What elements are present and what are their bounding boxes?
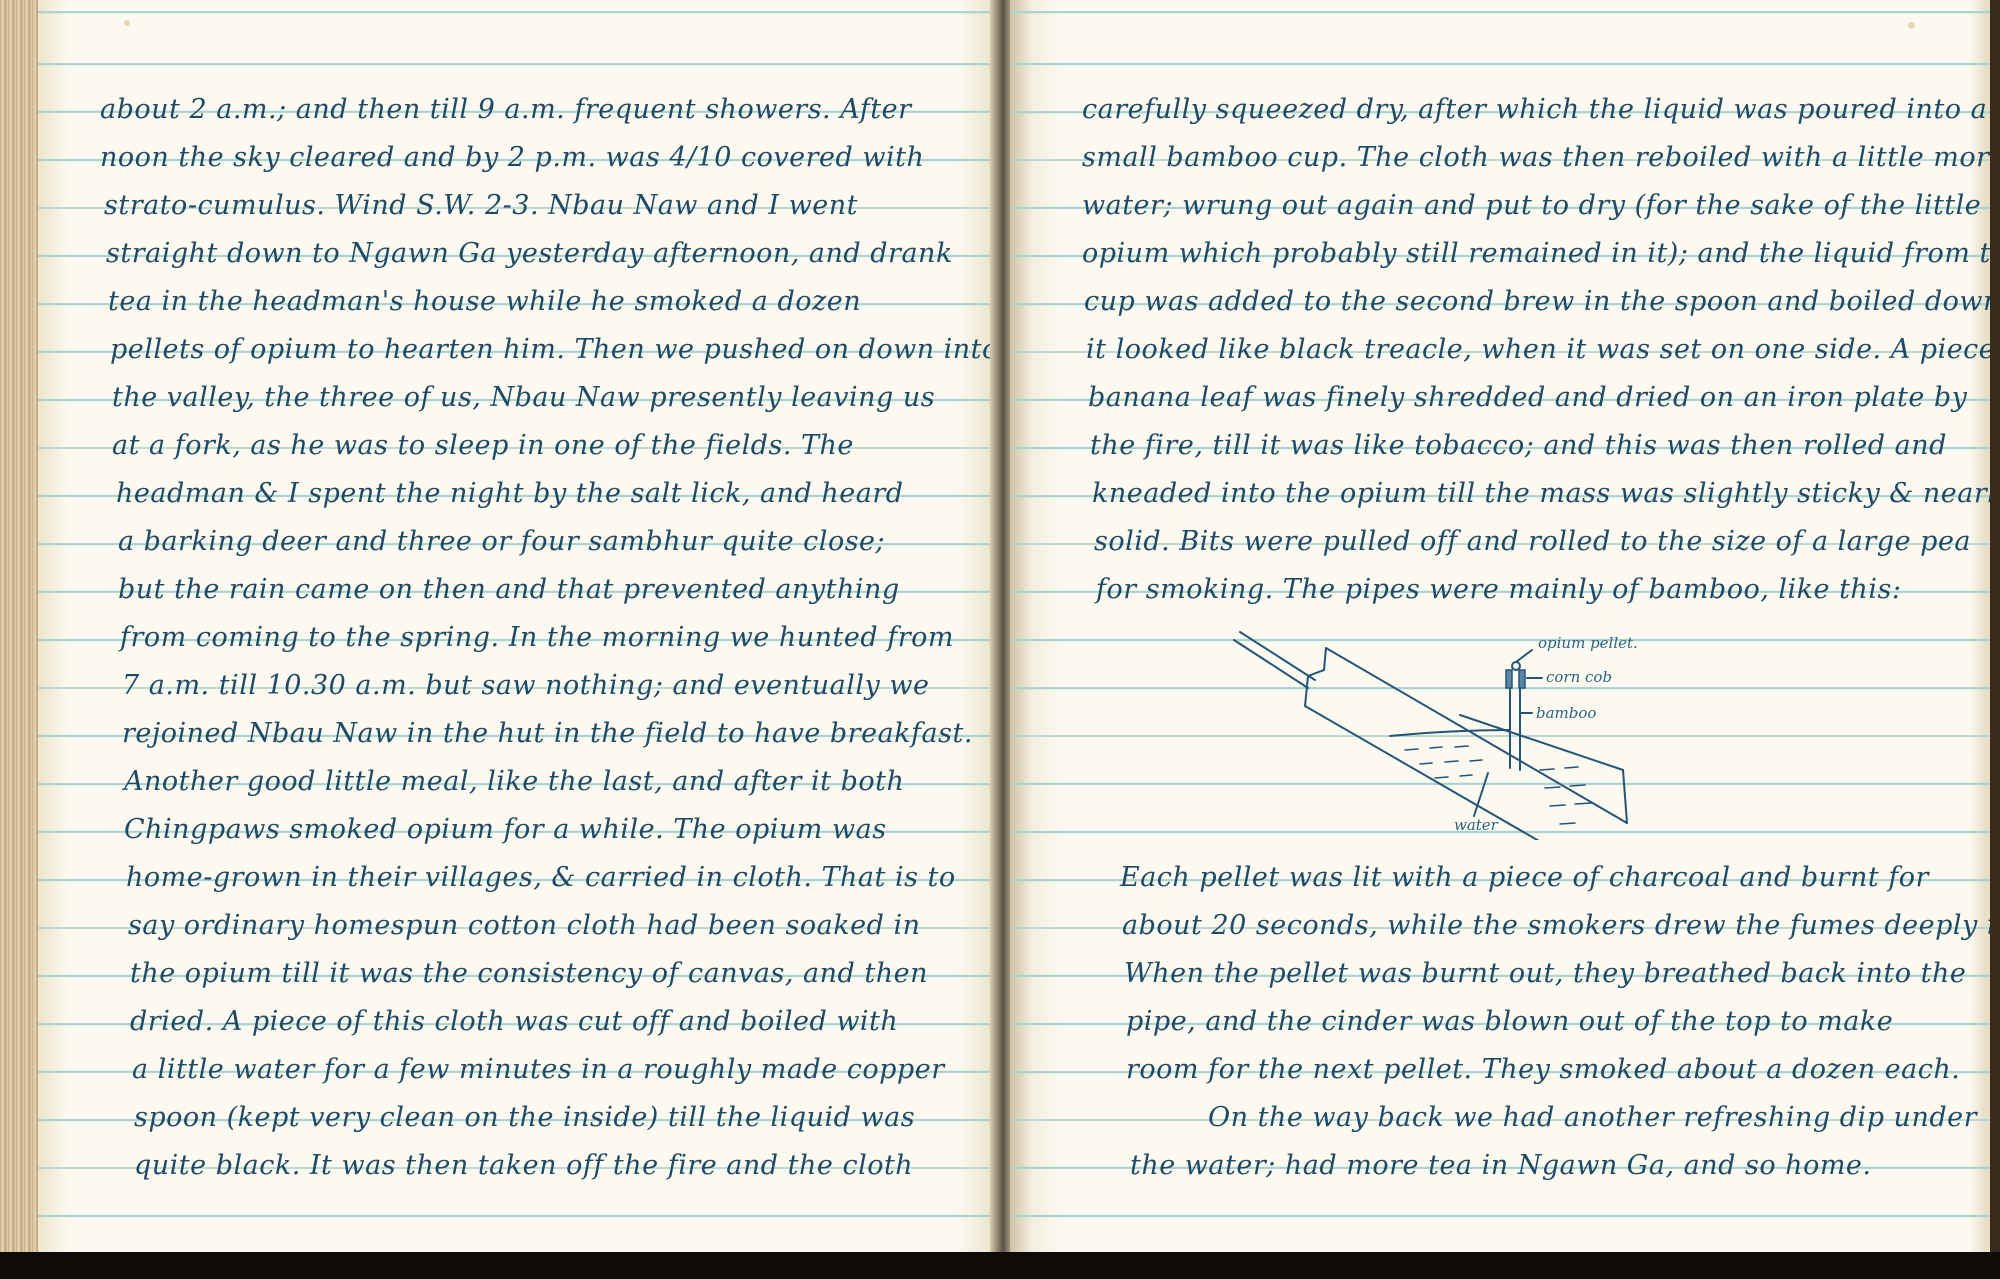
text-line: water; wrung out again and put to dry (f…	[1082, 190, 1981, 221]
text-line: the opium till it was the consistency of…	[130, 958, 928, 989]
text-line: When the pellet was burnt out, they brea…	[1124, 958, 1966, 989]
foxing-spot	[124, 20, 130, 26]
text-line: about 20 seconds, while the smokers drew…	[1122, 910, 1990, 941]
text-line: tea in the headman's house while he smok…	[108, 286, 861, 317]
text-line: the water; had more tea in Ngawn Ga, and…	[1130, 1150, 1872, 1181]
text-line: small bamboo cup. The cloth was then reb…	[1082, 142, 1990, 173]
text-line: solid. Bits were pulled off and rolled t…	[1094, 526, 1971, 557]
text-line: cup was added to the second brew in the …	[1084, 286, 1990, 317]
label-opium-pellet: opium pellet.	[1538, 634, 1638, 652]
text-line: kneaded into the opium till the mass was…	[1092, 478, 1990, 509]
text-line: it looked like black treacle, when it wa…	[1086, 334, 1990, 365]
text-line: quite black. It was then taken off the f…	[134, 1150, 913, 1181]
bamboo-pipe-sketch-icon	[1220, 620, 1640, 840]
text-line: spoon (kept very clean on the inside) ti…	[134, 1102, 915, 1133]
text-line: opium which probably still remained in i…	[1082, 238, 1990, 269]
pipe-diagram: opium pellet. corn cob bamboo water	[1220, 620, 1640, 840]
foxing-spot	[1908, 22, 1915, 29]
label-water: water	[1454, 816, 1498, 834]
text-line: banana leaf was finely shredded and drie…	[1088, 382, 1967, 413]
text-line: Chingpaws smoked opium for a while. The …	[124, 814, 887, 845]
text-line: straight down to Ngawn Ga yesterday afte…	[106, 238, 953, 269]
text-line: carefully squeezed dry, after which the …	[1082, 94, 1987, 125]
text-line: headman & I spent the night by the salt …	[116, 478, 904, 509]
label-corn-cob: corn cob	[1546, 668, 1612, 686]
text-line: pellets of opium to hearten him. Then we…	[110, 334, 999, 365]
text-line: say ordinary homespun cotton cloth had b…	[128, 910, 920, 941]
text-line: pipe, and the cinder was blown out of th…	[1126, 1006, 1893, 1037]
text-line: from coming to the spring. In the mornin…	[120, 622, 954, 653]
text-line: On the way back we had another refreshin…	[1128, 1102, 1977, 1133]
text-line: for smoking. The pipes were mainly of ba…	[1096, 574, 1901, 605]
text-line: noon the sky cleared and by 2 p.m. was 4…	[100, 142, 924, 173]
cover-edge	[1990, 0, 2000, 1252]
text-line: 7 a.m. till 10.30 a.m. but saw nothing; …	[122, 670, 929, 701]
text-line: but the rain came on then and that preve…	[118, 574, 900, 605]
page-edges	[0, 0, 40, 1252]
text-line: room for the next pellet. They smoked ab…	[1126, 1054, 1960, 1085]
text-line: a little water for a few minutes in a ro…	[132, 1054, 945, 1085]
text-line: dried. A piece of this cloth was cut off…	[130, 1006, 898, 1037]
left-page: about 2 a.m.; and then till 9 a.m. frequ…	[38, 0, 1000, 1252]
text-line: about 2 a.m.; and then till 9 a.m. frequ…	[100, 94, 911, 125]
text-line: rejoined Nbau Naw in the hut in the fiel…	[122, 718, 973, 749]
text-line: at a fork, as he was to sleep in one of …	[112, 430, 854, 461]
label-bamboo: bamboo	[1536, 704, 1596, 722]
text-line: the valley, the three of us, Nbau Naw pr…	[112, 382, 935, 413]
text-line: strato-cumulus. Wind S.W. 2-3. Nbau Naw …	[104, 190, 858, 221]
text-line: a barking deer and three or four sambhur…	[118, 526, 885, 557]
text-line: Each pellet was lit with a piece of char…	[1120, 862, 1929, 893]
text-line: the fire, till it was like tobacco; and …	[1090, 430, 1947, 461]
text-line: Another good little meal, like the last,…	[124, 766, 904, 797]
background-surface	[0, 1252, 2000, 1279]
notebook-spread: about 2 a.m.; and then till 9 a.m. frequ…	[0, 0, 2000, 1252]
text-line: home-grown in their villages, & carried …	[126, 862, 956, 893]
